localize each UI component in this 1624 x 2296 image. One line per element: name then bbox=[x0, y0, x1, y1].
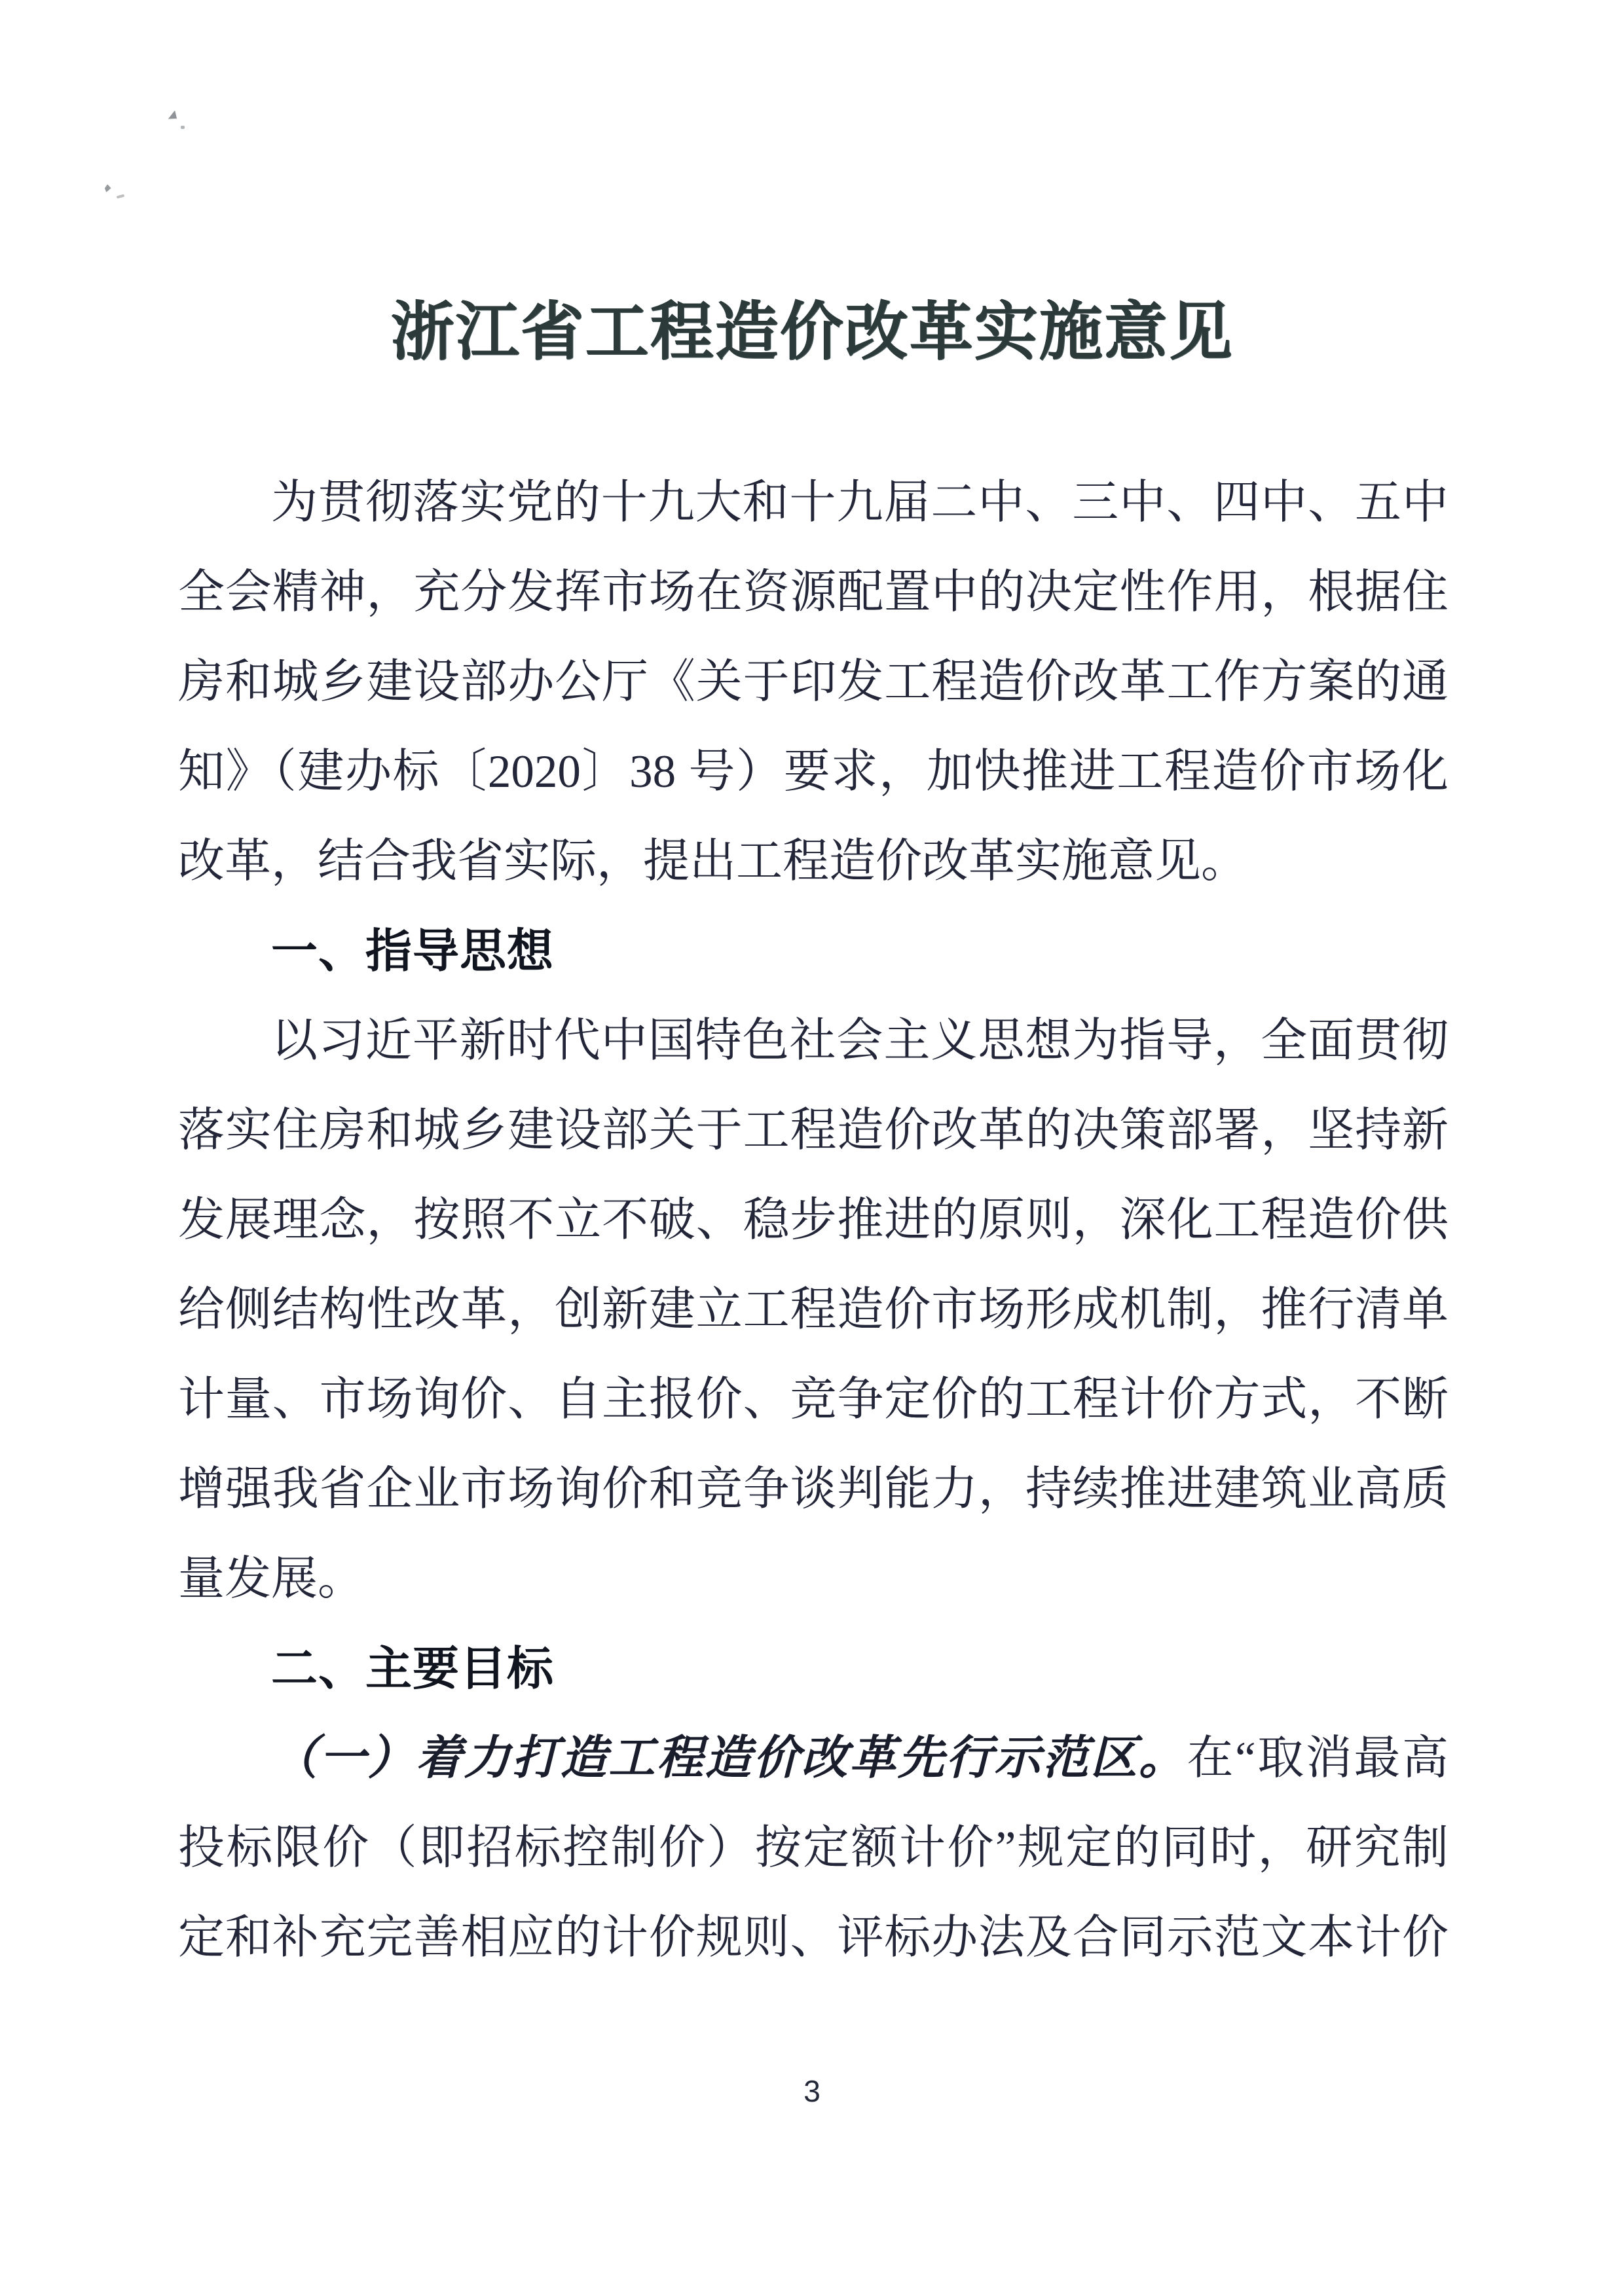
text-line: 以习近平新时代中国特色社会主义思想为指导，全面贯彻 bbox=[178, 996, 1449, 1086]
section-heading-2: 二、主要目标 bbox=[178, 1624, 1449, 1714]
document-title: 浙江省工程造价改革实施意见 bbox=[0, 275, 1624, 390]
document-page: 浙江省工程造价改革实施意见 为贯彻落实党的十九大和十九届二中、三中、四中、五中 … bbox=[0, 0, 1624, 2296]
text-line: 为贯彻落实党的十九大和十九届二中、三中、四中、五中 bbox=[178, 458, 1449, 548]
text-line: 投标限价（即招标控制价）按定额计价”规定的同时，研究制 bbox=[178, 1804, 1449, 1893]
text-line: 量发展。 bbox=[178, 1535, 1449, 1624]
text-line: 给侧结构性改革，创新建立工程造价市场形成机制，推行清单 bbox=[178, 1266, 1449, 1355]
scan-speck bbox=[181, 126, 185, 129]
text-line: 计量、市场询价、自主报价、竞争定价的工程计价方式，不断 bbox=[178, 1355, 1449, 1445]
scan-speck bbox=[117, 194, 125, 199]
text-line: （一）着力打造工程造价改革先行示范区。在“取消最高 bbox=[178, 1714, 1449, 1804]
text-line: 全会精神，充分发挥市场在资源配置中的决定性作用，根据住 bbox=[178, 548, 1449, 638]
subsection-lead-rest: 在“取消最高 bbox=[1187, 1733, 1449, 1784]
text-line: 定和补充完善相应的计价规则、评标办法及合同示范文本计价 bbox=[178, 1893, 1449, 1983]
text-line: 增强我省企业市场询价和竞争谈判能力，持续推进建筑业高质 bbox=[178, 1445, 1449, 1535]
text-line: 改革，结合我省实际，提出工程造价改革实施意见。 bbox=[178, 817, 1449, 907]
subsection-lead-bold: （一）着力打造工程造价改革先行示范区。 bbox=[271, 1733, 1187, 1784]
text-line: 落实住房和城乡建设部关于工程造价改革的决策部署，坚持新 bbox=[178, 1086, 1449, 1176]
text-line: 发展理念，按照不立不破、稳步推进的原则，深化工程造价供 bbox=[178, 1176, 1449, 1266]
section-heading-1: 一、指导思想 bbox=[178, 907, 1449, 996]
text-line: 房和城乡建设部办公厅《关于印发工程造价改革工作方案的通 bbox=[178, 638, 1449, 727]
text-line: 知》（建办标〔2020〕38 号）要求，加快推进工程造价市场化 bbox=[178, 727, 1449, 817]
scan-speck bbox=[103, 184, 112, 193]
scan-speck bbox=[166, 110, 179, 122]
page-number: 3 bbox=[0, 2064, 1624, 2119]
document-body: 为贯彻落实党的十九大和十九届二中、三中、四中、五中 全会精神，充分发挥市场在资源… bbox=[178, 458, 1449, 1983]
